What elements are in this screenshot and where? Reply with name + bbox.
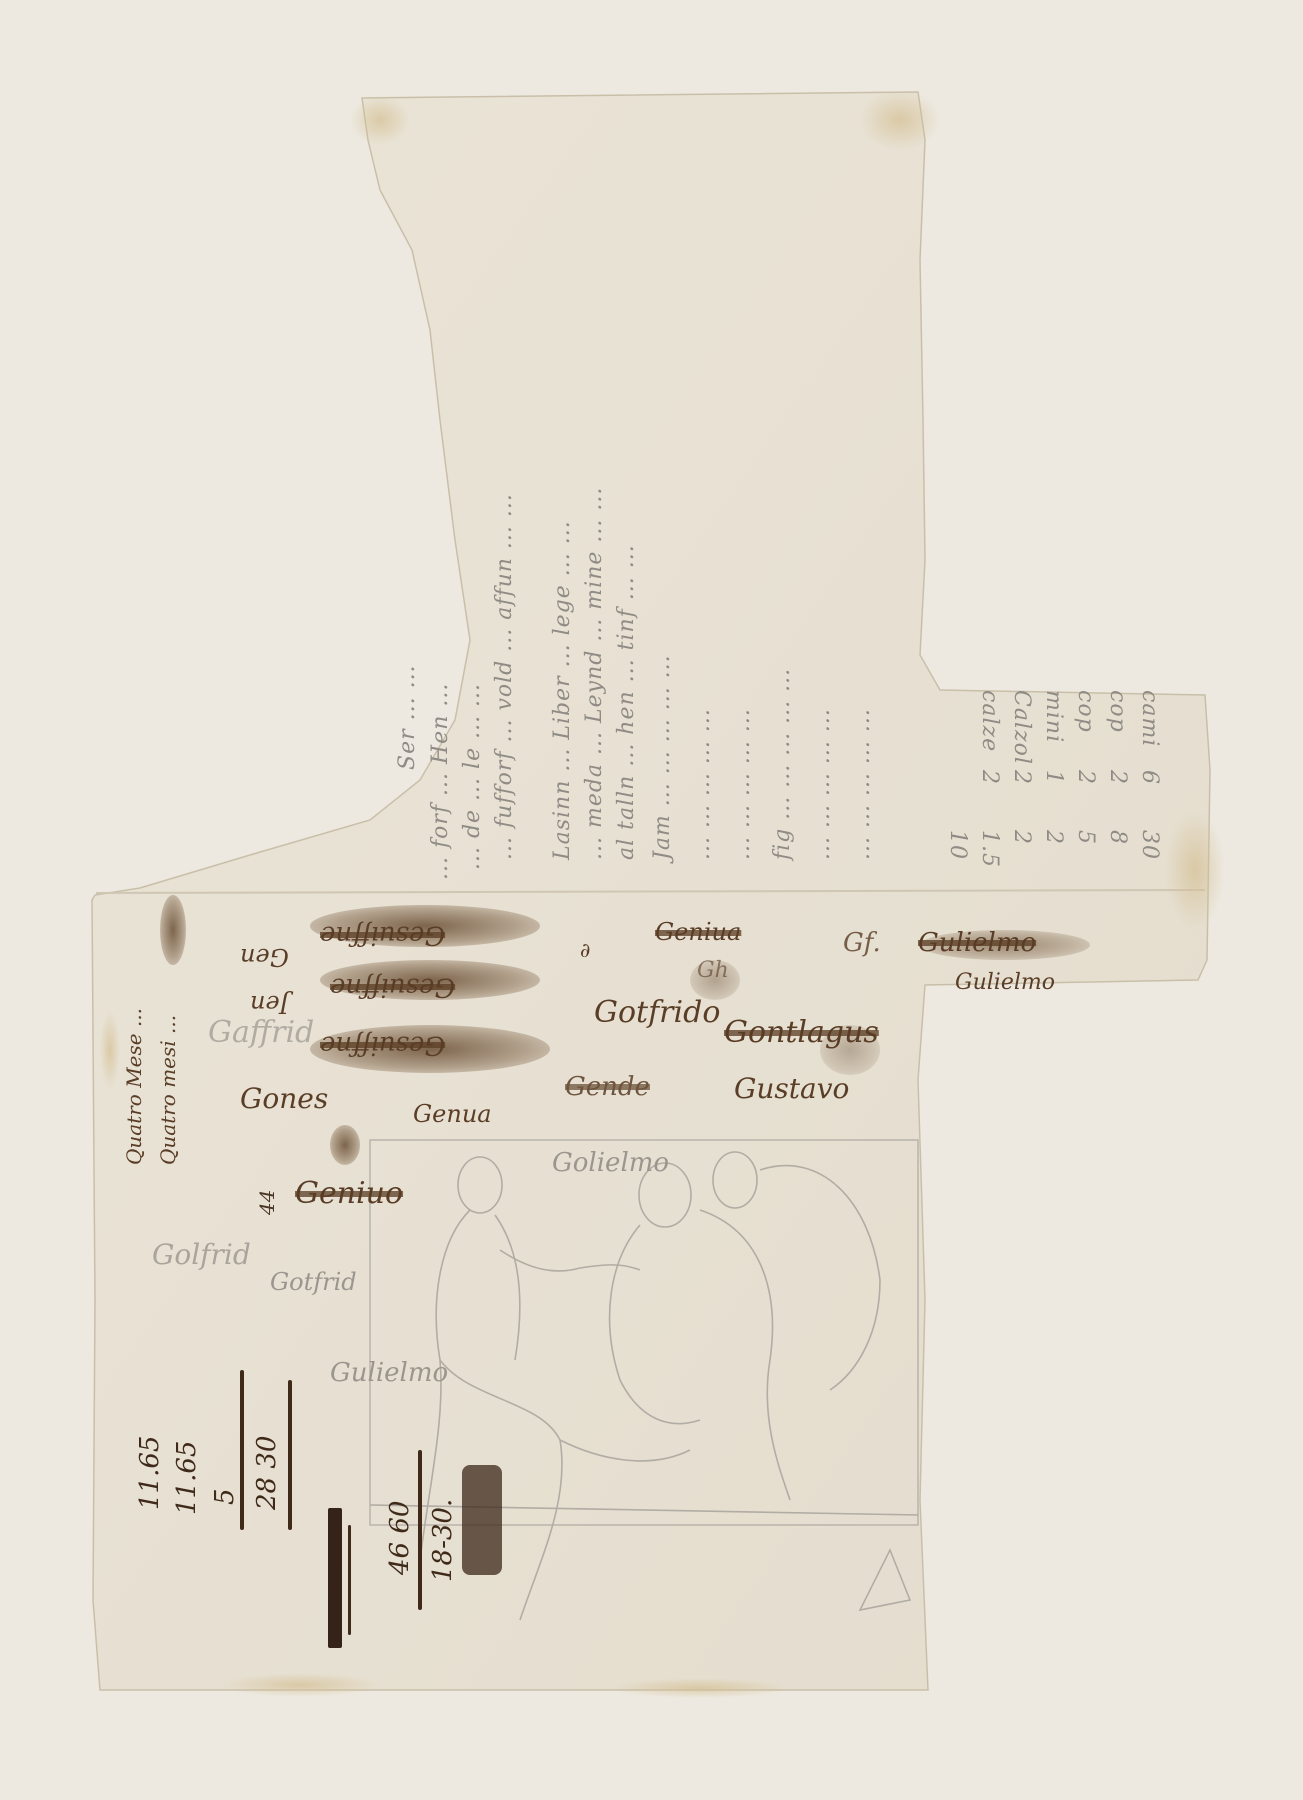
ink-blot xyxy=(330,1125,360,1165)
pencil-word: Gaffrid xyxy=(208,1015,314,1050)
letter-line: Jam ... ... ... ... ... xyxy=(650,654,675,860)
manuscript-paper xyxy=(0,0,1303,1800)
sum-total: 28 30 xyxy=(252,1436,282,1510)
pencil-word: Gulielmo xyxy=(330,1358,448,1388)
letter-line: ... fufforf ... vold ... affun ... ... xyxy=(492,493,517,860)
letter-line: Lasinn ... Liber ... lege ... ... xyxy=(550,520,575,860)
tally-value: 1 xyxy=(1041,770,1066,785)
tally-value: 1.5 xyxy=(977,830,1002,868)
ink-word-struck: Gesuiffne xyxy=(320,920,445,950)
ink-word-struck: Gesuiffne xyxy=(320,1030,445,1060)
sum-rule xyxy=(240,1370,244,1530)
sum-value: 11.65 xyxy=(172,1441,202,1515)
tally-value: 2 xyxy=(1041,830,1066,845)
struck-total-blot xyxy=(462,1465,502,1575)
letter-line: ... forf ... Hen ... xyxy=(428,683,453,880)
ink-word: Gen xyxy=(240,943,289,971)
tally-value: 2 xyxy=(1009,770,1034,785)
sum-value: 46 60 xyxy=(385,1501,415,1575)
ink-word-struck: Gulielmo xyxy=(918,928,1036,958)
letter-line: ... ... ... ... ... xyxy=(730,708,755,860)
sum-value: 11.65 xyxy=(135,1436,165,1510)
pencil-word: Golielmo xyxy=(552,1148,669,1178)
tally-label: Calzol xyxy=(1009,690,1034,765)
tally-label: cop xyxy=(1105,690,1130,733)
tally-label: calze xyxy=(977,690,1002,752)
letter-line: fig ... ... ... ... ... xyxy=(770,668,795,860)
sum-value: 18-30. xyxy=(428,1499,458,1582)
ink-word: Genua xyxy=(413,1100,492,1128)
tally-value: 5 xyxy=(1073,830,1098,845)
ink-word-struck: Gesuiffne xyxy=(330,972,455,1002)
ink-word: Gh xyxy=(697,958,729,983)
letter-line: ... ... ... ... ... xyxy=(690,708,715,860)
tally-value: 8 xyxy=(1105,830,1130,845)
tally-value: 10 xyxy=(945,830,970,860)
letter-line: ... meda ... Leynd ... mine ... ... xyxy=(582,487,607,860)
ink-blot xyxy=(160,895,186,965)
sum-value: 5 xyxy=(210,1488,240,1505)
ink-word-struck: Geniua xyxy=(655,918,741,946)
ink-word-struck: Geniuo xyxy=(295,1176,403,1211)
ink-strike-bar xyxy=(328,1508,342,1648)
pencil-word: Gotfrid xyxy=(270,1268,357,1296)
ink-flourish-d: ∂ xyxy=(580,938,590,962)
tally-value: 2 xyxy=(1009,830,1034,845)
ink-word: Gulielmo xyxy=(955,970,1055,995)
tally-value: 2 xyxy=(977,770,1002,785)
tally-value: 6 xyxy=(1137,770,1162,785)
ink-word: Gotfrido xyxy=(594,995,720,1030)
tally-value: 2 xyxy=(1105,770,1130,785)
ink-word-struck: Gontlagus xyxy=(724,1015,879,1050)
tally-value: 30 xyxy=(1137,830,1162,860)
ink-word: Gustavo xyxy=(734,1072,849,1105)
letter-line: al talln ... hen ... tinf ... ... xyxy=(614,544,639,860)
ink-word: Jen xyxy=(250,990,289,1018)
ink-word: Gf. xyxy=(843,928,881,958)
margin-note: Quatro Mese ... xyxy=(122,1008,146,1165)
tally-value: 2 xyxy=(1073,770,1098,785)
ink-strike-bar xyxy=(348,1525,351,1635)
tally-label: cami xyxy=(1137,690,1162,747)
sum-rule xyxy=(418,1450,422,1610)
ink-word-struck: Gende xyxy=(565,1072,650,1102)
tally-label: cop xyxy=(1073,690,1098,733)
tally-label: mini xyxy=(1041,690,1066,743)
letter-line: ... de ... le ... ... xyxy=(460,683,485,870)
pencil-word: Golfrid xyxy=(152,1238,251,1271)
sum-rule xyxy=(288,1380,292,1530)
letter-line: ... ... ... ... ... xyxy=(850,708,875,860)
letter-line: ... ... ... ... ... xyxy=(810,708,835,860)
pencil-number: 44 xyxy=(255,1190,279,1215)
margin-note: Quatro mesi ... xyxy=(156,1015,180,1165)
letter-line: Ser ... ... xyxy=(395,664,420,770)
ink-word: Gones xyxy=(240,1082,328,1115)
